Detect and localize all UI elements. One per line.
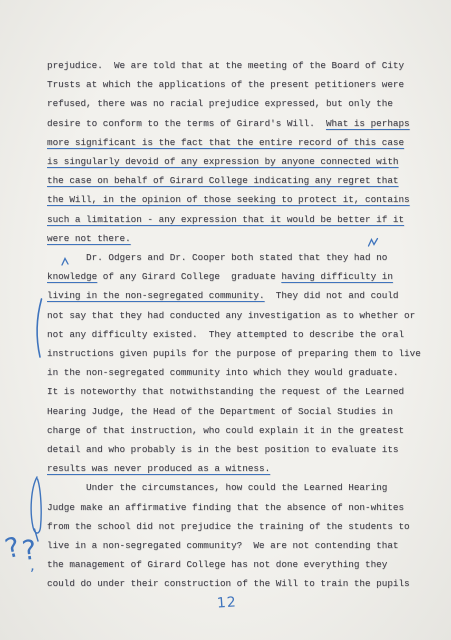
- text-line: not any difficulty existed. They attempt…: [47, 325, 421, 344]
- text-segment: the management of Girard College has not…: [47, 559, 387, 570]
- text-segment: Dr. Odgers and Dr. Cooper both stated th…: [47, 252, 387, 263]
- text-line: were not there.: [47, 229, 421, 248]
- text-segment: not any difficulty existed. They attempt…: [47, 329, 404, 340]
- underlined-text: results was never produced as a witness.: [47, 463, 270, 474]
- underlined-text: were not there.: [47, 233, 131, 244]
- underlined-text: more significant is the fact that the en…: [47, 137, 404, 148]
- text-segment: instructions given pupils for the purpos…: [47, 348, 421, 359]
- underlined-text: the case on behalf of Girard College ind…: [47, 175, 398, 186]
- text-line: from the school did not prejudice the tr…: [47, 517, 421, 536]
- text-segment: not say that they had conducted any inve…: [47, 310, 415, 321]
- comma-mark: ,: [30, 556, 35, 574]
- text-line: could do under their construction of the…: [47, 574, 421, 593]
- text-line: living in the non-segregated community. …: [47, 286, 421, 305]
- text-segment: charge of that instruction, who could ex…: [47, 425, 404, 436]
- text-line: not say that they had conducted any inve…: [47, 306, 421, 325]
- text-segment: could do under their construction of the…: [47, 578, 410, 589]
- text-segment: Hearing Judge, the Head of the Departmen…: [47, 406, 393, 417]
- text-line: the Will, in the opinion of those seekin…: [47, 190, 421, 209]
- text-segment: It is noteworthy that notwithstanding th…: [47, 386, 404, 397]
- text-line: live in a non-segregated community? We a…: [47, 536, 421, 555]
- text-line: Judge make an affirmative finding that t…: [47, 498, 421, 517]
- document-text: prejudice. We are told that at the meeti…: [47, 56, 421, 594]
- text-line: prejudice. We are told that at the meeti…: [47, 56, 421, 75]
- question-mark-1: ?: [2, 532, 23, 566]
- underlined-text: knowledge: [47, 271, 97, 282]
- text-segment: desire to conform to the terms of Girard…: [47, 118, 326, 129]
- text-segment: Under the circumstances, how could the L…: [47, 482, 387, 493]
- underlined-text: is singularly devoid of any expression b…: [47, 156, 398, 167]
- text-line: desire to conform to the terms of Girard…: [47, 114, 421, 133]
- question-mark-2: ?: [20, 535, 39, 568]
- text-line: instructions given pupils for the purpos…: [47, 344, 421, 363]
- underlined-text: such a limitation - any expression that …: [47, 214, 404, 225]
- text-line: the case on behalf of Girard College ind…: [47, 171, 421, 190]
- text-segment: detail and who probably is in the best p…: [47, 444, 398, 455]
- text-line: Under the circumstances, how could the L…: [47, 478, 421, 497]
- text-segment: from the school did not prejudice the tr…: [47, 521, 410, 532]
- underlined-text: having difficulty in: [281, 271, 393, 282]
- text-line: Hearing Judge, the Head of the Departmen…: [47, 402, 421, 421]
- text-line: such a limitation - any expression that …: [47, 210, 421, 229]
- text-line: the management of Girard College has not…: [47, 555, 421, 574]
- text-line: Dr. Odgers and Dr. Cooper both stated th…: [47, 248, 421, 267]
- text-line: in the non-segregated community into whi…: [47, 363, 421, 382]
- margin-loop-icon: [31, 477, 41, 541]
- text-segment: Judge make an affirmative finding that t…: [47, 502, 404, 513]
- text-segment: in the non-segregated community into whi…: [47, 367, 398, 378]
- text-line: knowledge of any Girard College graduate…: [47, 267, 421, 286]
- underlined-text: What is perhaps: [326, 118, 410, 129]
- typewritten-page: prejudice. We are told that at the meeti…: [0, 0, 451, 640]
- text-line: is singularly devoid of any expression b…: [47, 152, 421, 171]
- text-line: refused, there was no racial prejudice e…: [47, 94, 421, 113]
- text-line: results was never produced as a witness.: [47, 459, 421, 478]
- text-segment: prejudice. We are told that at the meeti…: [47, 60, 404, 71]
- text-segment: Trusts at which the applications of the …: [47, 79, 404, 90]
- underlined-text: the Will, in the opinion of those seekin…: [47, 194, 410, 205]
- text-line: Trusts at which the applications of the …: [47, 75, 421, 94]
- text-line: It is noteworthy that notwithstanding th…: [47, 382, 421, 401]
- text-segment: live in a non-segregated community? We a…: [47, 540, 398, 551]
- text-line: detail and who probably is in the best p…: [47, 440, 421, 459]
- text-segment: refused, there was no racial prejudice e…: [47, 98, 393, 109]
- text-segment: of any Girard College graduate: [97, 271, 281, 282]
- text-line: more significant is the fact that the en…: [47, 133, 421, 152]
- text-line: charge of that instruction, who could ex…: [47, 421, 421, 440]
- underlined-text: living in the non-segregated community.: [47, 290, 265, 301]
- margin-bracket-icon: [37, 299, 41, 357]
- text-segment: They did not and could: [265, 290, 399, 301]
- page-number: 12: [216, 594, 237, 611]
